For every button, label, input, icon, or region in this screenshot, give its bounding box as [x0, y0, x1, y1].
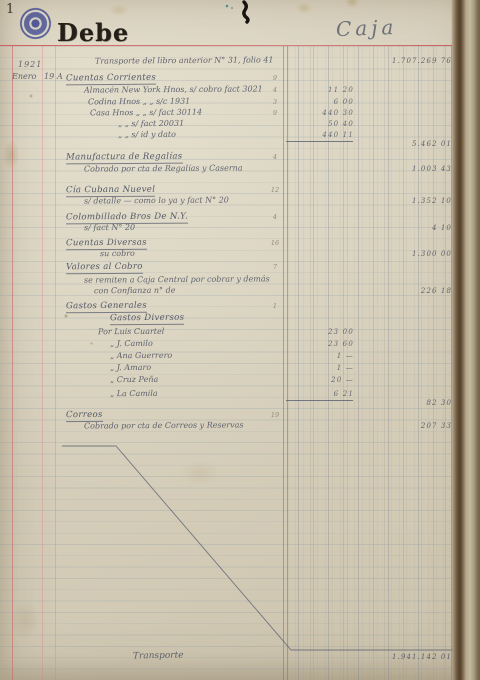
sub-amount: 1 — [290, 364, 354, 372]
ledger-line: con Confianza n° de226 18 [0, 286, 480, 298]
ledger-line: Almacén New York Hnos, s/ cobro fact 302… [0, 85, 480, 97]
folio-number: 1 [268, 302, 282, 310]
ledger-line: 82 30 [0, 398, 480, 410]
transport-label: Transporte [133, 651, 184, 662]
ledger-line: „ J. Amaro1 — [0, 363, 480, 375]
sub-amount: 23 60 [290, 340, 354, 348]
entry-text: „ J. Amaro [110, 363, 151, 372]
folio-number: 12 [268, 186, 282, 194]
folio-number: 9 [268, 74, 282, 82]
sub-amount: 6 21 [290, 390, 354, 398]
entry-text: Codina Hnos „ „ s/c 1931 [88, 97, 190, 107]
amount: 1.300 00 [366, 250, 452, 258]
folio-number: 9 [268, 109, 282, 117]
sub-amount: 23 00 [290, 328, 354, 336]
sub-amount: 6 00 [290, 98, 354, 106]
ledger-line: Gastos Generales1 [0, 301, 480, 313]
ledger-line: Valores al Cobro7 [0, 262, 480, 274]
sub-amount: 50 40 [290, 120, 354, 128]
sub-amount: 20 — [290, 376, 354, 384]
ledger-line: „ J. Camilo23 60 [0, 339, 480, 351]
amount: 207 33 [366, 422, 452, 430]
entry-text: Almacén New York Hnos, s/ cobro fact 302… [84, 84, 263, 94]
amount: 4 10 [366, 224, 452, 232]
ledger-line: s/ fact N° 204 10 [0, 223, 480, 235]
ledger-line: Cobrado por cta de Regalías y Caserna1.0… [0, 164, 480, 176]
ledger-line: s/ detalle — como lo ya y fact N° 201.35… [0, 196, 480, 208]
folio-number: 4 [268, 86, 282, 94]
account-title-text: Correos [66, 410, 103, 422]
amount: 1.003 43 [366, 165, 452, 173]
entry-text: „ Cruz Peña [110, 375, 158, 384]
sub-amount: 1 — [290, 352, 354, 360]
sub-amount: 440 11 [290, 131, 354, 139]
ledger-line: Gastos Diversos [0, 313, 480, 325]
folio-number: 7 [268, 263, 282, 271]
account-title-text: Cía Cubana Nuevel [66, 185, 155, 197]
account-title-text: Gastos Generales [66, 301, 147, 313]
entry-text: s/ fact N° 20 [84, 223, 135, 232]
account-title-text: Cuentas Corrientes [66, 73, 156, 85]
amount: 1.707.269 76 [366, 57, 452, 65]
entry-text: Por Luis Cuartel [98, 327, 164, 336]
ledger-line: Manufactura de Regalías4 [0, 152, 480, 164]
ledger-entries: Transporte del libro anterior N° 31, fol… [0, 0, 480, 680]
entry-text: „ Ana Guerrero [110, 351, 172, 360]
folio-number: 4 [268, 153, 282, 161]
amount: 226 18 [366, 287, 452, 295]
folio-number: 19 [268, 411, 282, 419]
ledger-line: „ Ana Guerrero1 — [0, 351, 480, 363]
account-title-text: Valores al Cobro [66, 262, 143, 274]
ledger-line: su cobro1.300 00 [0, 249, 480, 261]
folio-number: 4 [268, 213, 282, 221]
ledger-line: „ Cruz Peña20 — [0, 375, 480, 387]
entry-text: con Confianza n° de [94, 286, 175, 296]
entry-text: „ J. Camilo [110, 339, 153, 348]
entry-text: Cobrado por cta de Correos y Reservas [84, 420, 244, 430]
ledger-line: Por Luis Cuartel23 00 [0, 327, 480, 339]
entry-text: su cobro [100, 249, 135, 258]
ledger-line: Transporte del libro anterior N° 31, fol… [0, 56, 480, 68]
entry-text: „ „ s/ id y dato [118, 130, 176, 139]
entry-text: se remiten a Caja Central por cobrar y d… [84, 274, 270, 284]
amount: 1.352 10 [366, 197, 452, 205]
entry-text: „ La Camila [110, 389, 158, 398]
amount: 5.462 01 [366, 140, 452, 148]
entry-text: Casa Hnos „ „ s/ fact 30114 [90, 108, 202, 118]
sub-amount: 11 20 [290, 86, 354, 94]
entry-text: Cobrado por cta de Regalías y Caserna [84, 163, 243, 173]
ledger-page: 1 Debe Caja 1921 Enero 19 A Transporte d… [0, 0, 480, 680]
amount: 82 30 [366, 399, 452, 407]
transport-amount: 1.941.142 01 [366, 653, 452, 661]
entry-text: Transporte del libro anterior N° 31, fol… [95, 55, 274, 65]
folio-number: 3 [268, 98, 282, 106]
entry-text: s/ detalle — como lo ya y fact N° 20 [84, 195, 229, 205]
book-edge [451, 0, 480, 680]
ledger-line: 5.462 01 [0, 139, 480, 151]
entry-text: „ „ s/ fact 20031 [118, 119, 184, 128]
sub-amount: 440 30 [290, 109, 354, 117]
ledger-line: Cobrado por cta de Correos y Reservas207… [0, 421, 480, 433]
account-title-text: Gastos Diversos [110, 313, 184, 325]
account-title-text: Manufactura de Regalías [66, 152, 183, 164]
ledger-line: Cuentas Corrientes9 [0, 73, 480, 85]
folio-number: 16 [268, 239, 282, 247]
